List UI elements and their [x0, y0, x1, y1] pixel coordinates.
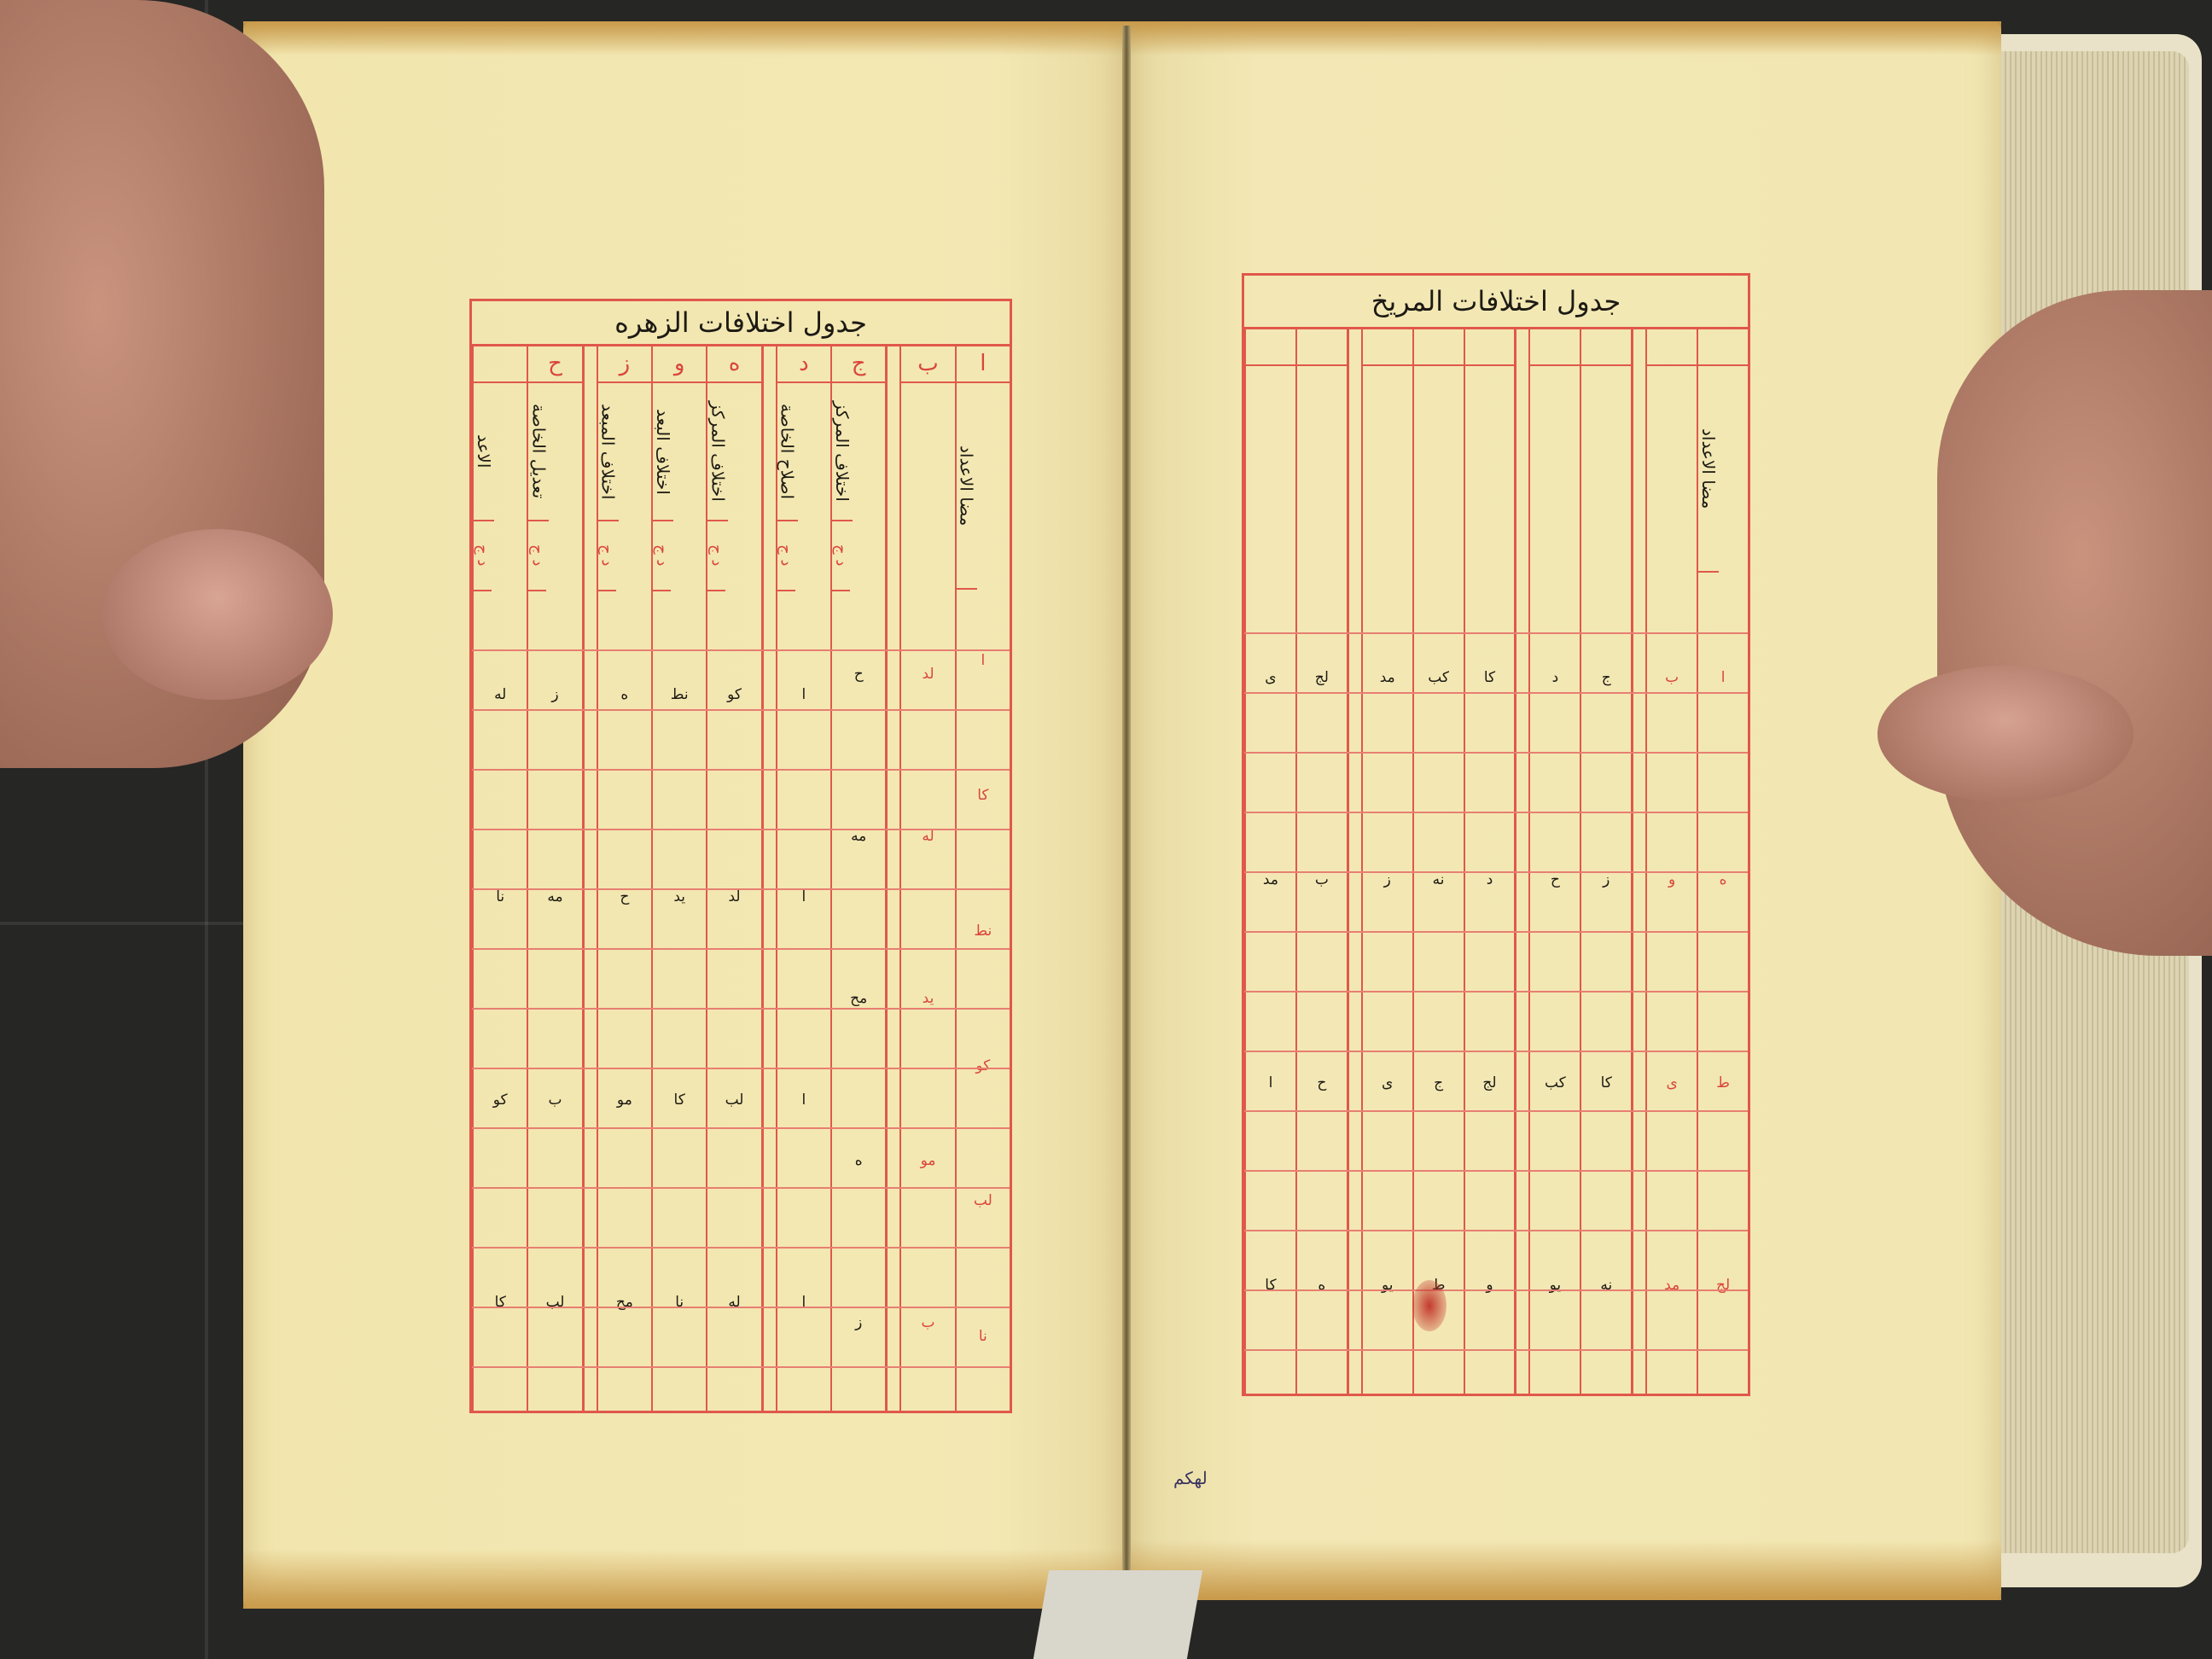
column-number: ب [901, 346, 954, 383]
column-sub: د ج [777, 521, 795, 591]
table-venus: جدول اختلافات الزهره ا مضا الاعداد اكانط… [469, 299, 1012, 1413]
left-page: جدول اختلافات الزهره ا مضا الاعداد اكانط… [243, 21, 1126, 1609]
column-number [1246, 329, 1295, 366]
table-mars: جدول اختلافات المريخ مضا الاعداد اهطلج ب… [1242, 273, 1750, 1396]
column-sub: د ج [653, 521, 671, 591]
column-number: د [777, 346, 830, 383]
column-number: ح [528, 346, 581, 383]
table-title: جدول اختلافات الزهره [472, 301, 1010, 346]
red-ink-stain [1412, 1280, 1447, 1331]
column-header: اصلاح الخاصة [777, 383, 798, 521]
column-header: اختلاف البعد [653, 383, 673, 521]
right-thumb [1877, 666, 2133, 802]
column-number [1363, 329, 1412, 366]
column-sub: د ج [707, 521, 725, 591]
book-spine [1122, 26, 1131, 1604]
right-page: جدول اختلافات المريخ مضا الاعداد اهطلج ب… [1126, 21, 2001, 1600]
column-number: ا [957, 346, 1010, 383]
table-title: جدول اختلافات المريخ [1244, 276, 1748, 329]
column-number: ه [707, 346, 760, 383]
page-edge-stain [243, 1549, 1126, 1609]
column-number [1647, 329, 1697, 366]
column-header: تعديل الخاصة [528, 383, 549, 521]
left-thumb [102, 529, 333, 700]
column-number: ز [598, 346, 651, 383]
column-header: مضا الاعداد [957, 383, 977, 590]
column-number: ج [832, 346, 885, 383]
page-edge-stain [1126, 21, 2001, 55]
column-number [1581, 329, 1631, 366]
column-header: الاعد [474, 383, 494, 521]
column-sub: د ج [528, 521, 546, 591]
column-header: اختلاف المبعد [598, 383, 619, 521]
column-header: مضا الاعداد [1698, 366, 1719, 573]
column-number [1297, 329, 1347, 366]
column-number [1414, 329, 1464, 366]
column-number [1465, 329, 1515, 366]
column-number: و [653, 346, 706, 383]
column-number [474, 346, 527, 383]
table-row-rules [1244, 574, 1748, 1394]
right-hand [1937, 290, 2212, 956]
column-sub: د ج [832, 521, 850, 591]
marginal-note: لهكم [1173, 1468, 1208, 1488]
bookmark-cloth [1033, 1570, 1202, 1659]
column-header: اختلاف المركز [832, 383, 853, 521]
column-number [1530, 329, 1580, 366]
column-sub: د ج [474, 521, 492, 591]
column-header: اختلاف المركز [707, 383, 728, 521]
page-edge-stain [1126, 1540, 2001, 1600]
column-number [1698, 329, 1748, 366]
table-row-rules [472, 591, 1010, 1411]
column-sub: د ج [598, 521, 616, 591]
page-edge-stain [243, 21, 1126, 55]
